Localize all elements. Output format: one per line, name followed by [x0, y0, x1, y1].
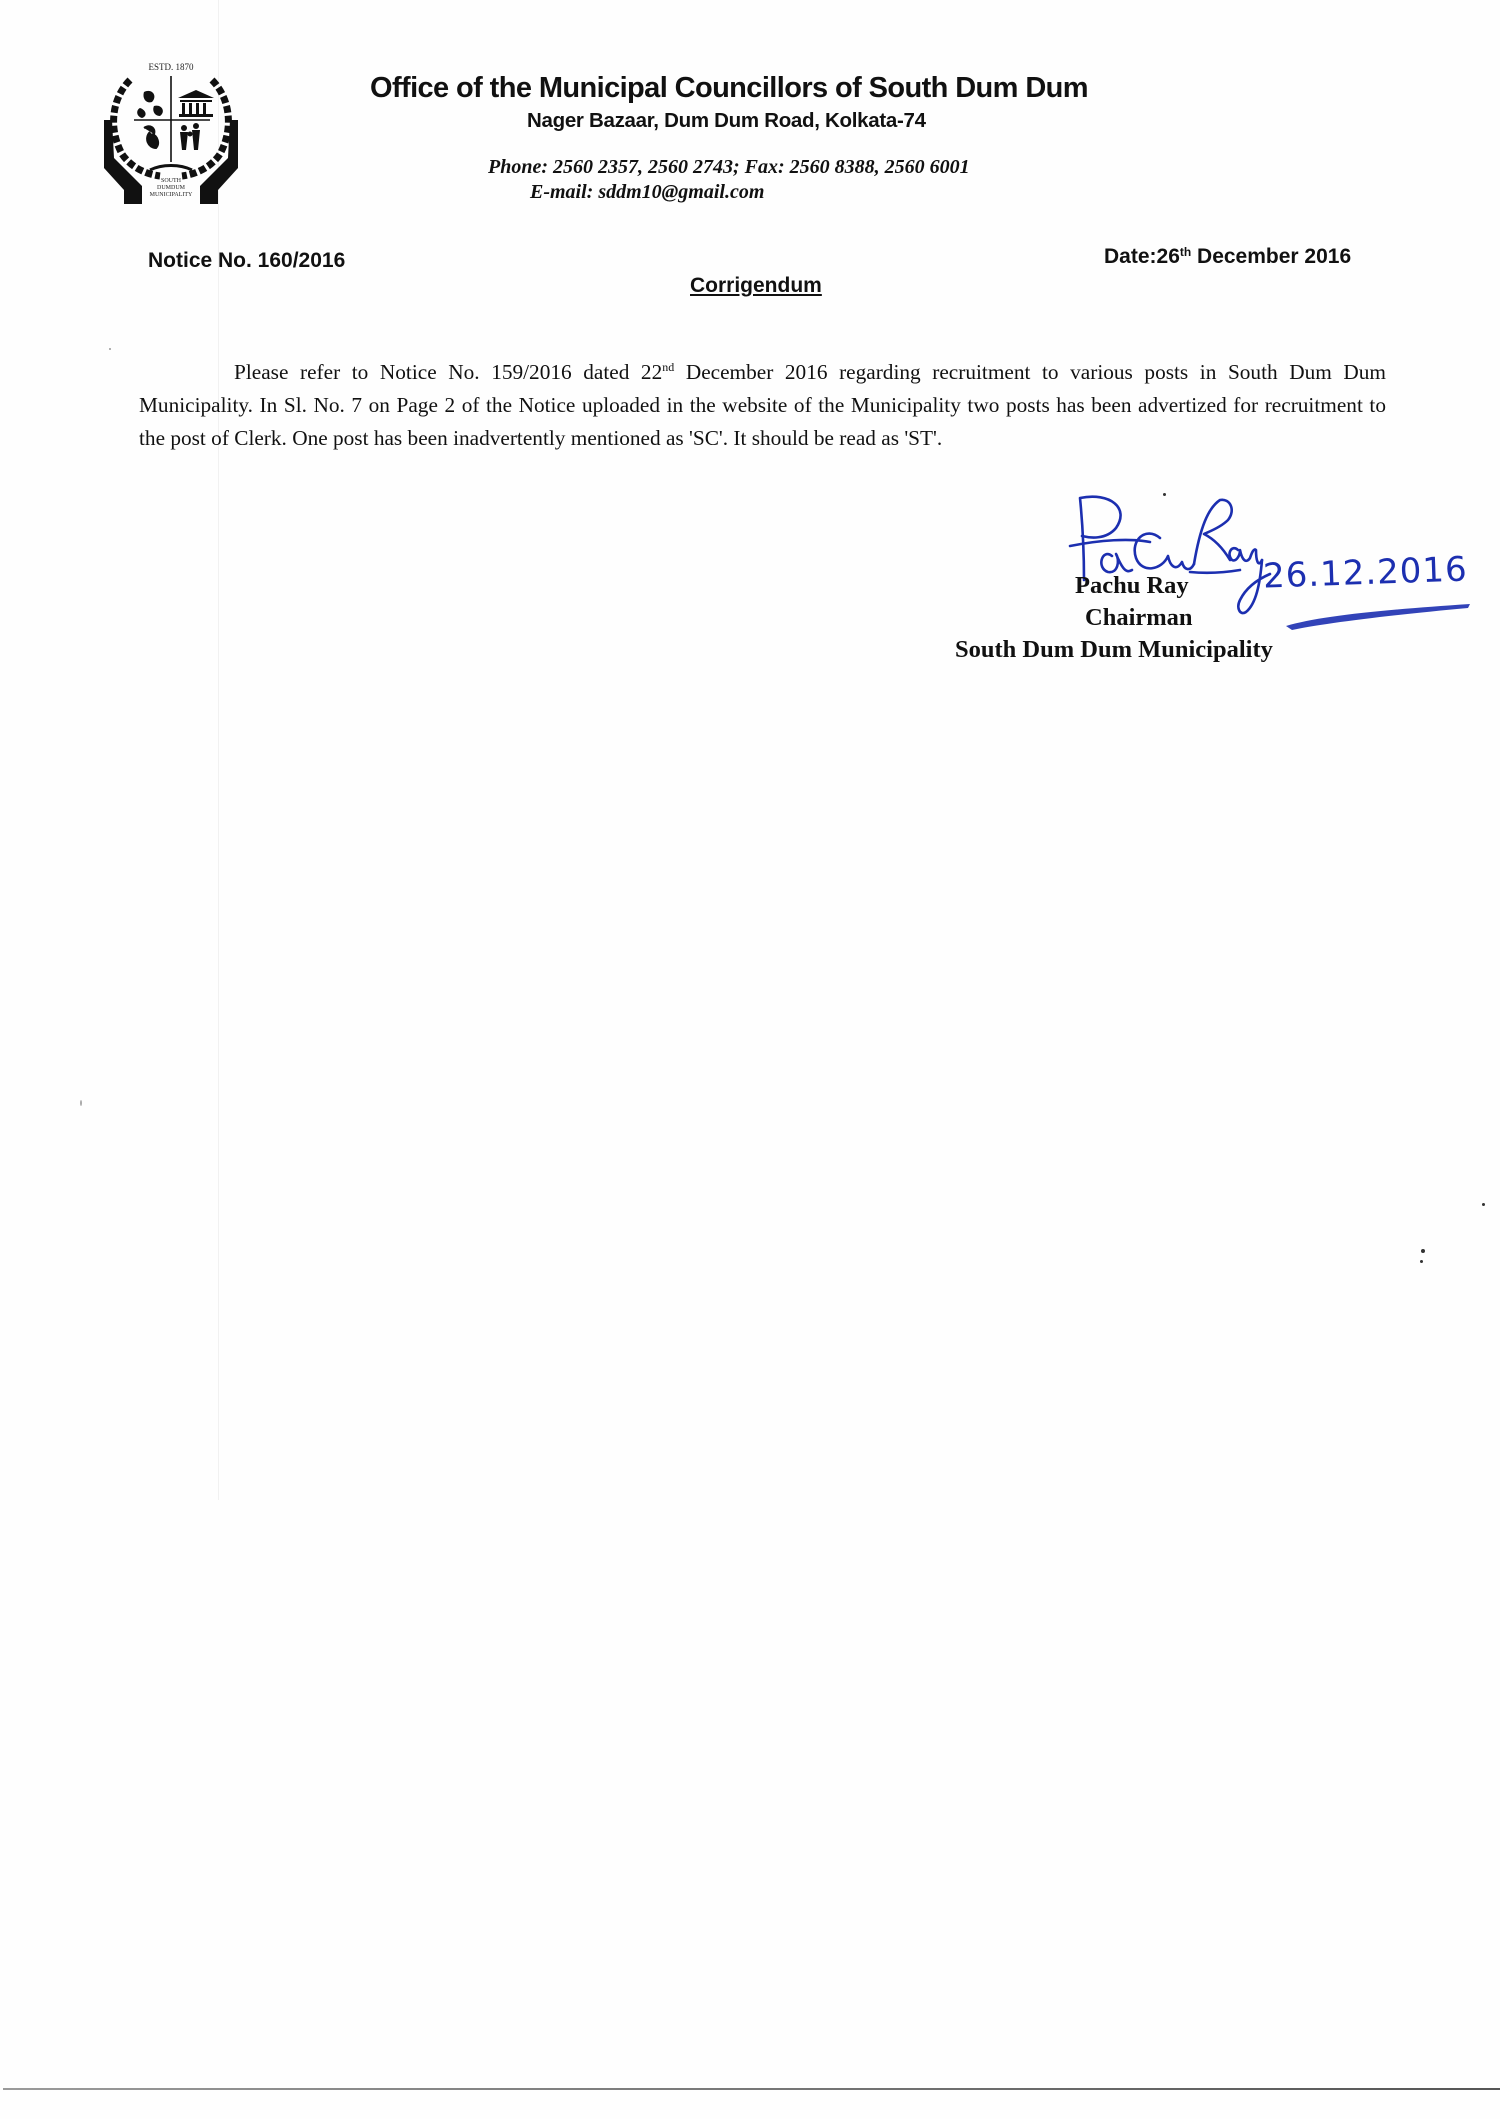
municipality-emblem-logo: ESTD. 1870 SOUTH DUMDUM MUNICIPALITY [100, 58, 242, 206]
body-ordinal-suffix: nd [662, 360, 674, 374]
scan-speck [1163, 493, 1166, 496]
logo-caption-line-3: MUNICIPALITY [150, 192, 193, 198]
logo-caption-line-2: DUMDUM [157, 185, 186, 191]
office-address: Nager Bazaar, Dum Dum Road, Kolkata-74 [527, 109, 926, 133]
notice-subject: Corrigendum [690, 274, 822, 298]
body-text-part-1: Please refer to Notice No. 159/2016 date… [234, 360, 662, 384]
office-email: E-mail: sddm10@gmail.com [530, 181, 764, 204]
scan-speck [1420, 1260, 1423, 1263]
scan-speck [1421, 1249, 1425, 1253]
signatory-organization: South Dum Dum Municipality [955, 634, 1273, 666]
date-suffix: th [1180, 245, 1191, 259]
date-label: Date: [1104, 245, 1157, 268]
notice-body-paragraph: Please refer to Notice No. 159/2016 date… [139, 356, 1386, 455]
logo-established-text: ESTD. 1870 [149, 62, 195, 72]
scan-speck [80, 1100, 82, 1106]
office-title: Office of the Municipal Councillors of S… [370, 72, 1170, 105]
document-page: ESTD. 1870 SOUTH DUMDUM MUNICIPALITY Off… [0, 0, 1500, 2119]
notice-number: Notice No. 160/2016 [148, 249, 345, 273]
notice-date: Date:26th December 2016 [1104, 245, 1351, 269]
logo-caption-line-1: SOUTH [161, 178, 182, 184]
date-day: 26 [1157, 245, 1180, 268]
scan-speck [1482, 1203, 1485, 1206]
signatory-name: Pachu Ray [1075, 570, 1189, 602]
page-bottom-rule [3, 2088, 1500, 2090]
scan-artifact-line [218, 0, 219, 1500]
office-phone-fax: Phone: 2560 2357, 2560 2743; Fax: 2560 8… [488, 156, 970, 179]
handwritten-date: 26.12.2016 [1262, 549, 1468, 596]
date-month-year: December 2016 [1191, 245, 1351, 268]
scan-speck [109, 348, 111, 350]
signatory-designation: Chairman [1085, 602, 1193, 634]
